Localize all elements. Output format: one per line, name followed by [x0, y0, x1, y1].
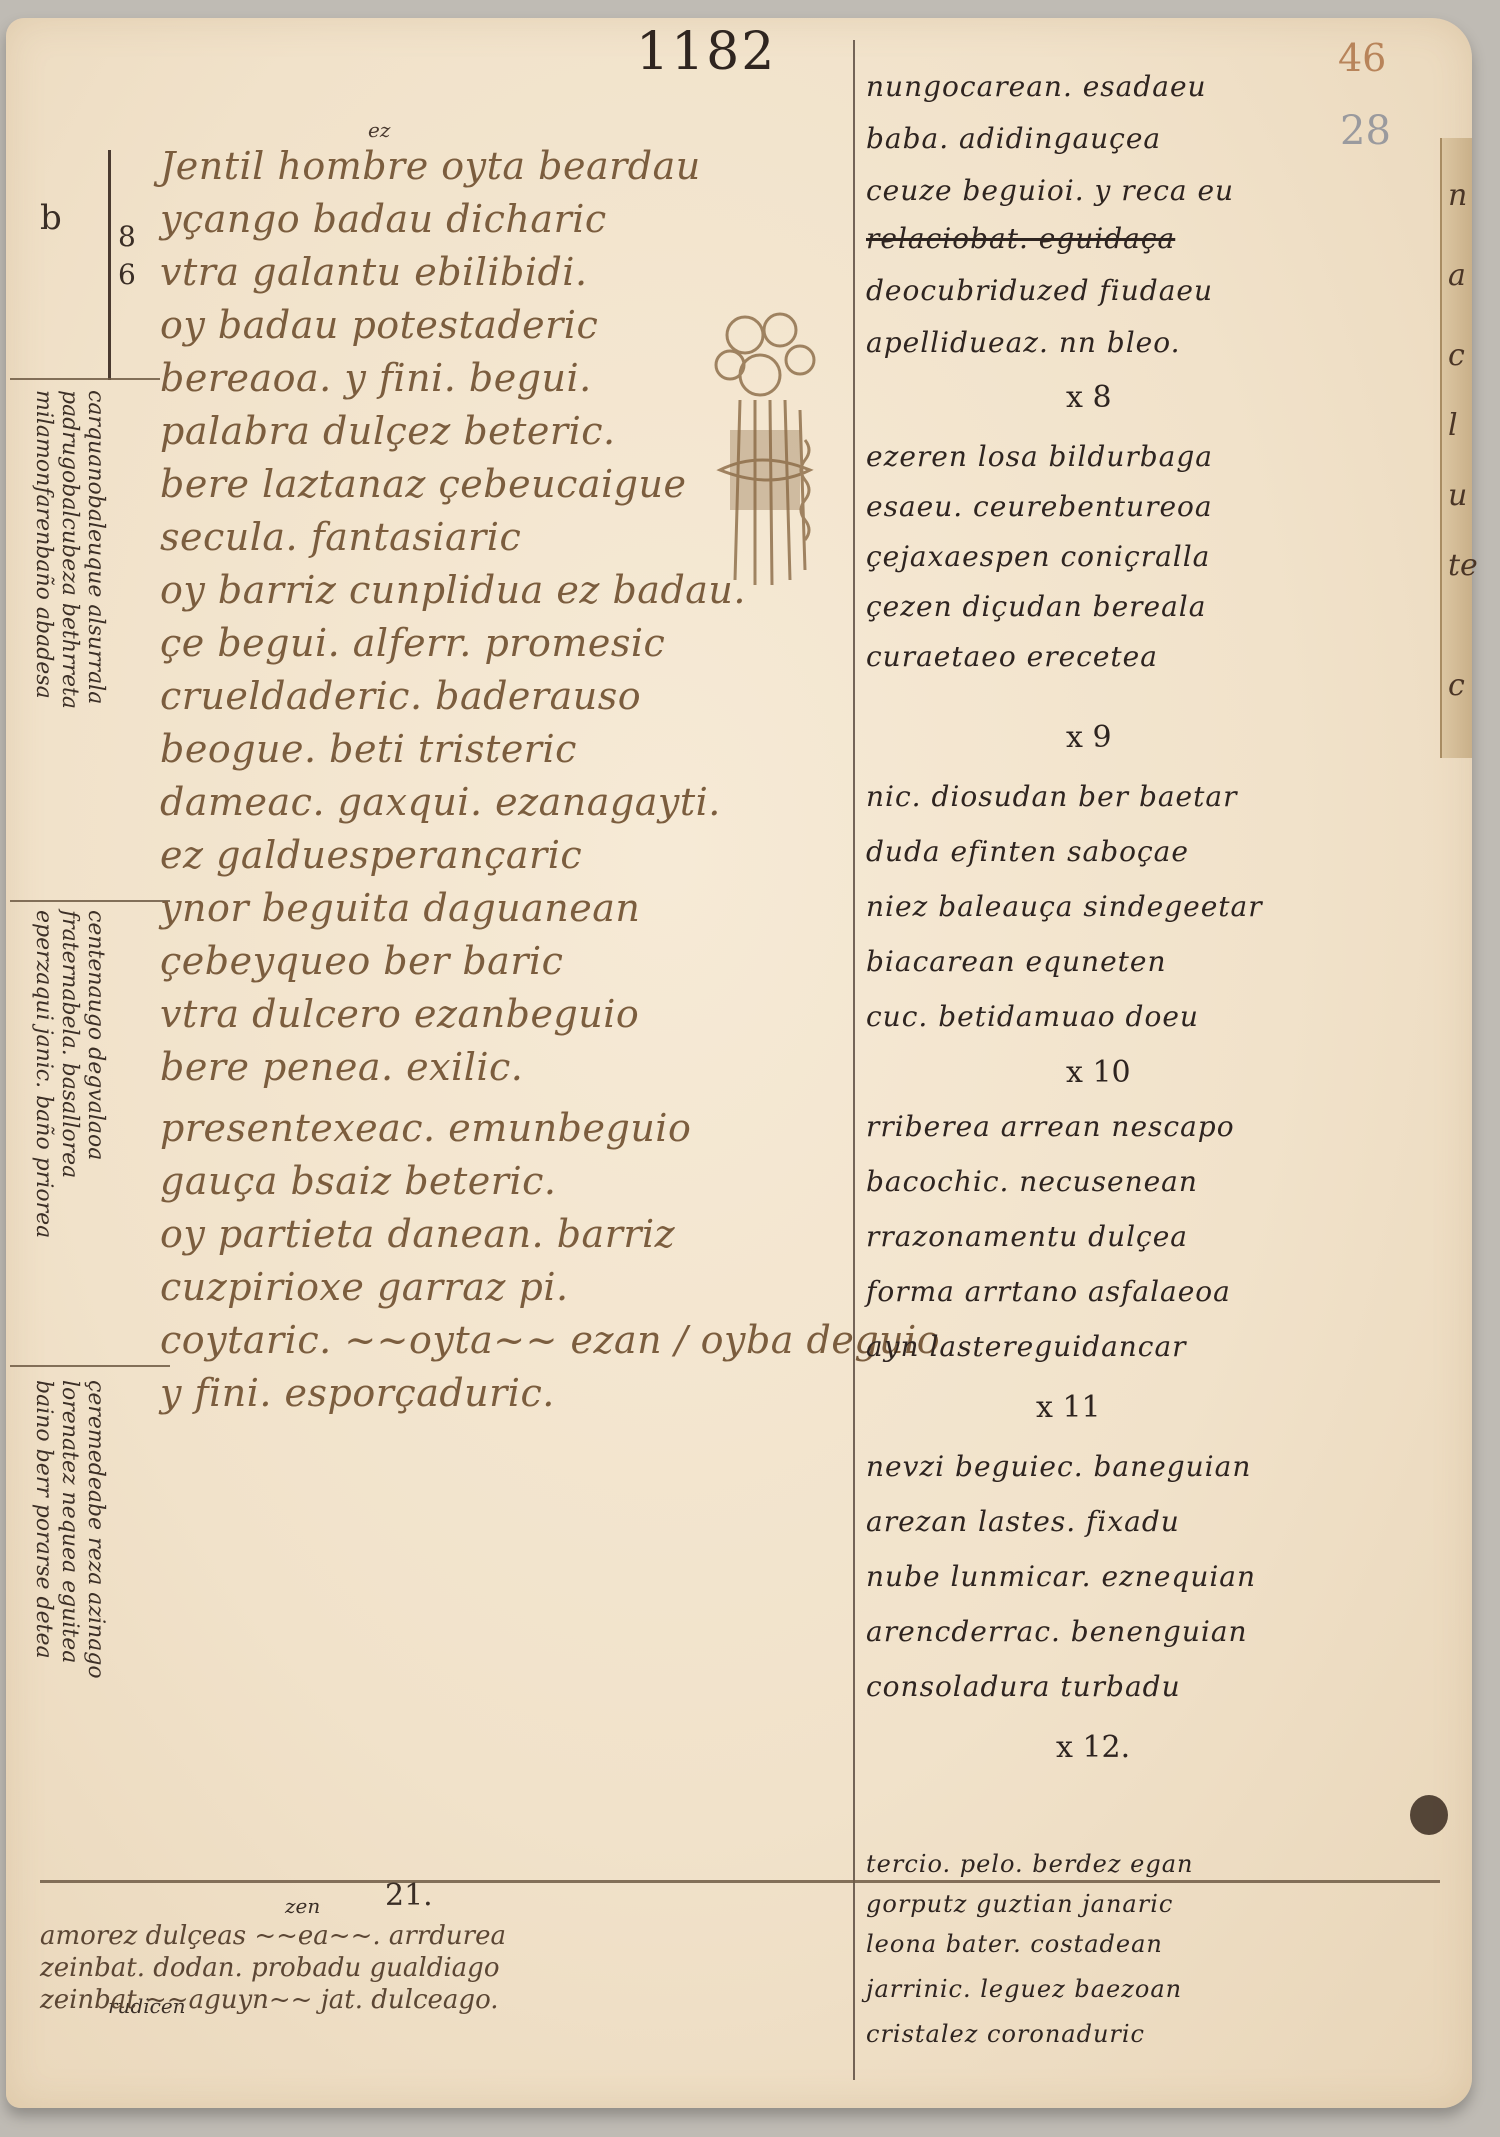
- stanza-line: consoladura turbadu: [866, 1670, 1181, 1703]
- poem-line: gauça bsaiz beteric.: [160, 1155, 850, 1208]
- stanza-line: jarrinic. leguez baezoan: [866, 1975, 1182, 2003]
- margin-mark: 8: [118, 220, 136, 253]
- poem-line: çe begui. alferr. promesic: [160, 617, 850, 670]
- stanza-line: forma arrtano asfalaeoa: [866, 1275, 1231, 1308]
- stanza-line: arencderrac. benenguian: [866, 1615, 1248, 1648]
- poem-line: ynor beguita daguanean: [160, 882, 850, 935]
- interlinear-gloss: ez: [368, 118, 390, 142]
- left-column-poem: Jentil hombre oyta beardau yçango badau …: [160, 140, 850, 1420]
- stanza-line: çezen diçudan bereala: [866, 590, 1206, 623]
- edge-fragment: c: [1448, 338, 1465, 373]
- stanza-line: rrazonamentu dulçea: [866, 1220, 1188, 1253]
- stanza-line: arezan lastes. fixadu: [866, 1505, 1180, 1538]
- stanza-number: x 10: [1066, 1055, 1131, 1090]
- bottom-rule: [40, 1880, 1440, 1883]
- stanza-line: esaeu. ceurebentureoa: [866, 490, 1213, 523]
- note-line: amorez dulçeas ~~ea~~. arrdurea: [40, 1920, 660, 1952]
- edge-fragment: a: [1448, 258, 1466, 293]
- edge-fragment: c: [1448, 668, 1465, 703]
- stanza-line: rriberea arrean nescapo: [866, 1110, 1235, 1143]
- poem-line: oy barriz cunplidua ez badau.: [160, 564, 850, 617]
- marginal-line: padrugobalcubeza bethrreta: [57, 390, 82, 709]
- poem-line: dameac. gaxqui. ezanagayti.: [160, 776, 850, 829]
- marginal-line: lorenatez nequea eguitea: [57, 1380, 82, 1663]
- margin-mark: b: [40, 198, 62, 238]
- marginal-line: baino berr porarse detea: [31, 1380, 56, 1659]
- margin-rule: [10, 378, 160, 380]
- stanza-line: ayn lastereguidancar: [866, 1330, 1187, 1363]
- poem-line: oy partieta danean. barriz: [160, 1208, 850, 1261]
- folio-number-grey-pencil: 28: [1340, 108, 1391, 154]
- poem-line: bereaoa. y fini. begui.: [160, 352, 850, 405]
- marginal-line: centenaugo degvalaoa: [83, 910, 108, 1160]
- poem-line: presentexeac. emunbeguio: [160, 1102, 850, 1155]
- marginal-line: fraternabela. basallorea: [57, 910, 82, 1178]
- stanza-line: nube lunmicar. eznequian: [866, 1560, 1256, 1593]
- stanza-line: ceuze beguioi. y reca eu: [866, 174, 1234, 207]
- stanza-line: cristalez coronaduric: [866, 2020, 1145, 2048]
- note-line: zeinbat ~~aguyn~~ jat. dulceago.: [40, 1984, 660, 2016]
- marginal-line: çeremedeabe reza azinago: [83, 1380, 108, 1679]
- stanza-line: gorputz guztian janaric: [866, 1890, 1173, 1918]
- poem-line: crueldaderic. baderauso: [160, 670, 850, 723]
- stanza-line: baba. adidingauçea: [866, 122, 1161, 155]
- edge-fragment: u: [1448, 478, 1467, 513]
- stanza-line: curaetaeo erecetea: [866, 640, 1158, 673]
- stanza-number: x 8: [1066, 380, 1112, 415]
- stanza-line: bacochic. necusenean: [866, 1165, 1198, 1198]
- margin-bracket: [108, 150, 111, 380]
- adjacent-page-edge: n a c l u te c: [1440, 138, 1472, 758]
- poem-line: Jentil hombre oyta beardau: [160, 140, 850, 193]
- poem-line: yçango badau dicharic: [160, 193, 850, 246]
- stanza-line: biacarean equneten: [866, 945, 1167, 978]
- stanza-line: cuc. betidamuao doeu: [866, 1000, 1199, 1033]
- stanza-number: x 9: [1066, 720, 1112, 755]
- struck-stanza-line: relaciobat. eguidaça: [866, 222, 1175, 255]
- margin-mark: 6: [118, 258, 136, 291]
- poem-line: oy badau potestaderic: [160, 299, 850, 352]
- poem-line: y fini. esporçaduric.: [160, 1367, 850, 1420]
- vertical-marginal-note-3: çeremedeabe reza azinago lorenatez neque…: [30, 1380, 108, 1840]
- stanza-number: x 12.: [1056, 1730, 1130, 1765]
- poem-line: bere penea. exilic.: [160, 1041, 850, 1094]
- stanza-line: apellidueaz. nn bleo.: [866, 326, 1181, 359]
- stanza-line: tercio. pelo. berdez egan: [866, 1850, 1193, 1878]
- bottom-marginal-note: amorez dulçeas ~~ea~~. arrdurea zeinbat.…: [40, 1920, 660, 2016]
- stanza-line: nic. diosudan ber baetar: [866, 780, 1237, 813]
- poem-line: ez galduesperançaric: [160, 829, 850, 882]
- marginal-line: eperzaqui janic. baño priorea: [31, 910, 56, 1238]
- note-line: zeinbat. dodan. probadu gualdiago: [40, 1952, 660, 1984]
- stanza-number: x 11: [1036, 1390, 1101, 1425]
- folio-number: 1182: [636, 22, 776, 82]
- stanza-line: nevzi beguiec. baneguian: [866, 1450, 1251, 1483]
- poem-line: secula. fantasiaric: [160, 511, 850, 564]
- folio-number-red-pencil: 46: [1338, 36, 1386, 80]
- column-divider: [853, 40, 855, 2080]
- ink-blot: [1410, 1795, 1448, 1835]
- stanza-line: nungocarean. esadaeu: [866, 70, 1207, 103]
- stanza-line: leona bater. costadean: [866, 1930, 1163, 1958]
- stanza-line: ezeren losa bildurbaga: [866, 440, 1213, 473]
- margin-rule: [10, 900, 170, 902]
- poem-line: cuzpirioxe garraz pi.: [160, 1261, 850, 1314]
- marginal-line: milamonfarenbaño abadesa: [31, 390, 56, 699]
- edge-fragment: l: [1448, 408, 1458, 443]
- poem-line: vtra dulcero ezanbeguio: [160, 988, 850, 1041]
- marginal-line: carquanobaleuque alsurrala: [83, 390, 108, 704]
- poem-line: bere laztanaz çebeucaigue: [160, 458, 850, 511]
- bottom-note-number: 21.: [385, 1878, 433, 1913]
- poem-line: çebeyqueo ber baric: [160, 935, 850, 988]
- stanza-line: duda efinten saboçae: [866, 835, 1189, 868]
- interlinear-gloss: zen: [285, 1894, 320, 1918]
- stanza-line: niez baleauça sindegeetar: [866, 890, 1263, 923]
- poem-line: vtra galantu ebilibidi.: [160, 246, 850, 299]
- edge-fragment: n: [1448, 178, 1467, 213]
- vertical-marginal-note-2: centenaugo degvalaoa fraternabela. basal…: [30, 910, 108, 1370]
- margin-rule: [10, 1365, 170, 1367]
- stanza-line: deocubriduzed fiudaeu: [866, 274, 1213, 307]
- poem-line: palabra dulçez beteric.: [160, 405, 850, 458]
- poem-line: coytaric. ~~oyta~~ ezan / oyba deguio: [160, 1314, 850, 1367]
- stanza-line: çejaxaespen coniçralla: [866, 540, 1210, 573]
- poem-line: beogue. beti tristeric: [160, 723, 850, 776]
- edge-fragment: te: [1448, 548, 1478, 583]
- vertical-marginal-note-1: carquanobaleuque alsurrala padrugobalcub…: [30, 390, 108, 900]
